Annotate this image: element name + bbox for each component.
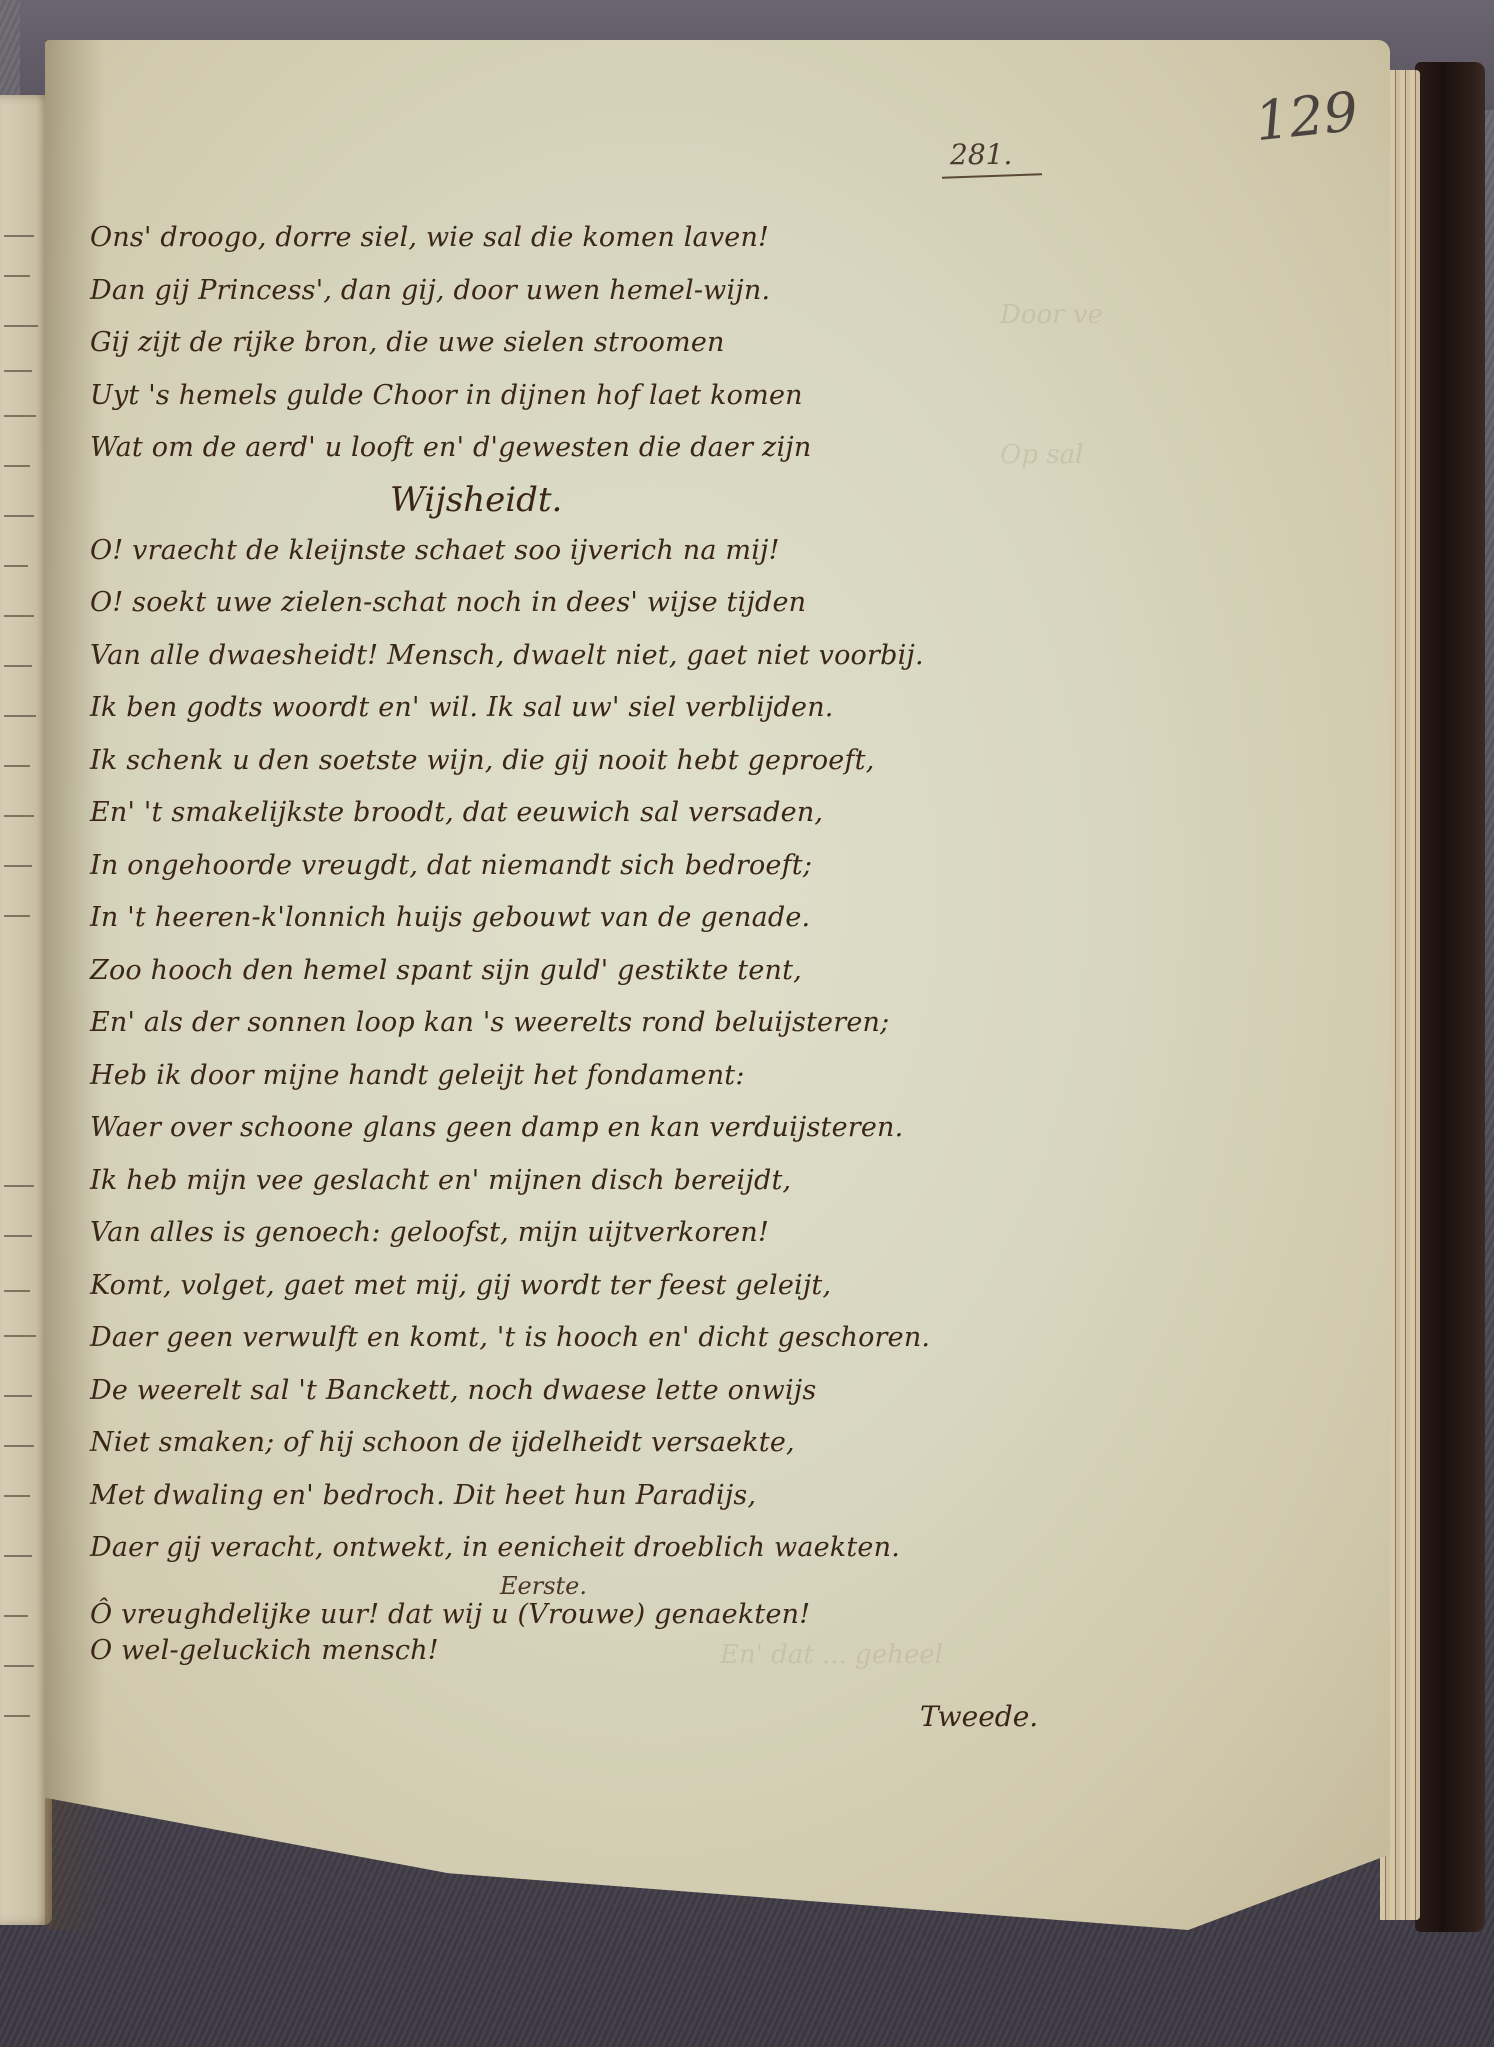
verse-line: Heb ik door mijne handt geleijt het fond… [90,1050,1090,1103]
verse-line: En' 't smakelijkste broodt, dat eeuwich … [90,787,1090,840]
verse-line: Dan gij Princess', dan gij, door uwen he… [90,265,1090,318]
verse-line: O! soekt uwe zielen-schat noch in dees' … [90,577,1090,630]
verse-line: Daer geen verwulft en komt, 't is hooch … [90,1312,1090,1365]
verse-line: Van alles is genoech: geloofst, mijn uij… [90,1207,1090,1260]
verse-line: De weerelt sal 't Banckett, noch dwaese … [90,1365,1090,1418]
verse-line: In 't heeren-k'lonnich huijs gebouwt van… [90,892,1090,945]
verse-line: Ik ben godts woordt en' wil. Ik sal uw' … [90,682,1090,735]
verse-line: Wat om de aerd' u looft en' d'gewesten d… [90,422,1090,475]
folio-number: 129 [1252,80,1361,153]
verse-line: Ik schenk u den soetste wijn, die gij no… [90,735,1090,788]
left-facing-page [0,95,52,1925]
verse-line: O! vraecht de kleijnste schaet soo ijver… [90,525,1090,578]
speaker-heading-wijsheidt: Wijsheidt. [90,475,1090,525]
verse-line: Gij zijt de rijke bron, die uwe sielen s… [90,317,1090,370]
verse-line: Niet smaken; of hij schoon de ijdelheidt… [90,1417,1090,1470]
verse-line: En' als der sonnen loop kan 's weerelts … [90,997,1090,1050]
verse-line: Daer gij veracht, ontwekt, in eenicheit … [90,1522,1090,1575]
verse-line: Komt, volget, gaet met mij, gij wordt te… [90,1260,1090,1313]
verse-line: Ons' droogo, dorre siel, wie sal die kom… [90,212,1090,265]
speaker-heading-tweede: Tweede. [920,1700,1038,1733]
manuscript-text: Ons' droogo, dorre siel, wie sal die kom… [90,212,1090,1669]
verse-line: O wel-geluckich mensch! [90,1633,1090,1669]
verse-line: Met dwaling en' bedroch. Dit heet hun Pa… [90,1470,1090,1523]
verse-line: Uyt 's hemels gulde Choor in dijnen hof … [90,370,1090,423]
old-page-number: 281. [950,138,1012,171]
verse-line: Zoo hooch den hemel spant sijn guld' ges… [90,945,1090,998]
verse-line: Van alle dwaesheidt! Mensch, dwaelt niet… [90,630,1090,683]
verse-line: Waer over schoone glans geen damp en kan… [90,1102,1090,1155]
speaker-heading-eerste: Eerste. [90,1575,1090,1597]
book-cover-edge [1415,62,1485,1932]
verse-line: In ongehoorde vreugdt, dat niemandt sich… [90,840,1090,893]
verse-line: Ik heb mijn vee geslacht en' mijnen disc… [90,1155,1090,1208]
verse-line: Ô vreughdelijke uur! dat wij u (Vrouwe) … [90,1597,1090,1633]
